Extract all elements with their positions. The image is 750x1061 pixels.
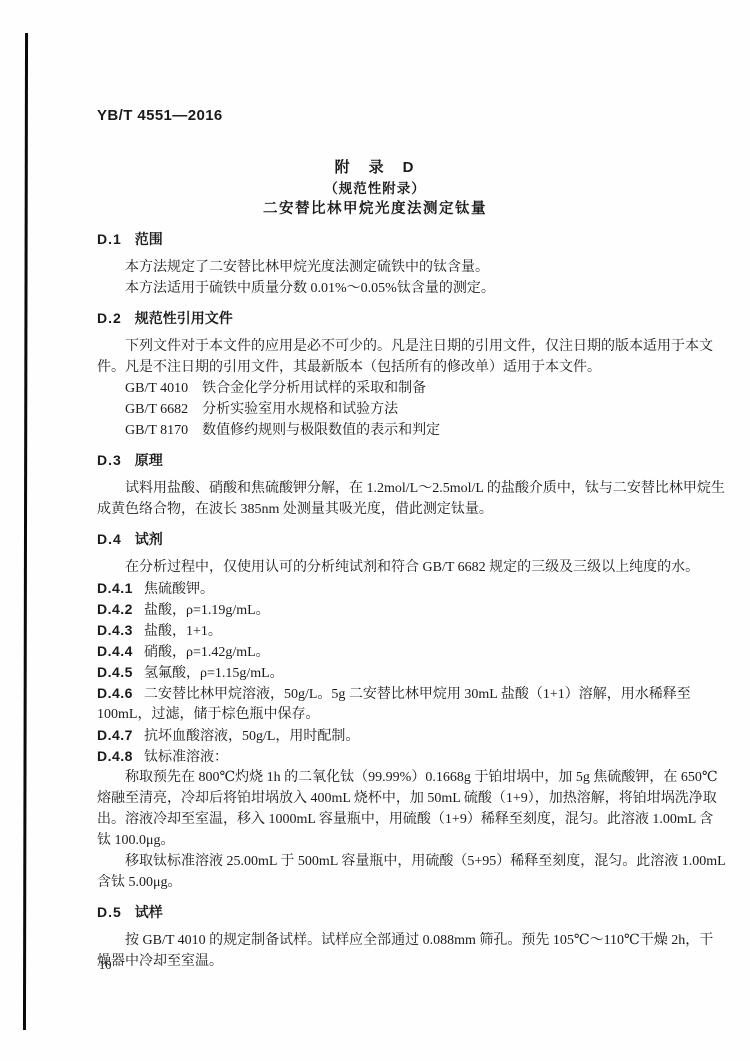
text-line: 件。凡是不注日期的引用文件，其最新版本（包括所有的修改单）适用于本文件。 — [97, 357, 659, 378]
appendix-type-note: （规范性附录） — [0, 179, 750, 199]
clause-item: D.4.2盐酸，ρ=1.19g/mL。 — [97, 599, 659, 620]
text-line: 出。溶液冷却至室温，移入 1000mL 容量瓶中，用硫酸（1+9）稀释至刻度，混… — [97, 809, 659, 830]
clause-item: D.4.8钛标准溶液： — [97, 746, 659, 767]
text-line: 本方法适用于硫铁中质量分数 0.01%～0.05%钛含量的测定。 — [97, 278, 659, 299]
clause-item: D.4.5氢氟酸，ρ=1.15g/mL。 — [97, 662, 659, 683]
text-line: GB/T 6682 分析实验室用水规格和试验方法 — [97, 399, 659, 420]
clause-item: D.4.6二安替比林甲烷溶液，50g/L。5g 二安替比林甲烷用 30mL 盐酸… — [97, 683, 659, 704]
section-heading: D.2规范性引用文件 — [97, 308, 659, 329]
clause-number: D.5 — [97, 904, 122, 920]
clause-number: D.4.4 — [97, 643, 133, 659]
clause-item: D.4.7抗坏血酸溶液，50g/L，用时配制。 — [97, 725, 659, 746]
scanned-document-page: YB/T 4551—2016 附 录 D （规范性附录） 二安替比林甲烷光度法测… — [0, 0, 750, 1061]
section-title: 试剂 — [135, 531, 163, 547]
clause-number: D.4.2 — [97, 601, 133, 617]
clause-text: 钛标准溶液： — [144, 750, 228, 765]
section-heading: D.5试样 — [97, 902, 659, 923]
clause-number: D.4.5 — [97, 664, 133, 680]
standard-number: YB/T 4551—2016 — [97, 107, 223, 124]
text-line: 下列文件对于本文件的应用是必不可少的。凡是注日期的引用文件，仅注日期的版本适用于… — [97, 336, 659, 357]
clause-number: D.4 — [97, 531, 122, 547]
text-line: 钛 100.0μg。 — [97, 830, 659, 851]
text-line: 移取钛标准溶液 25.00mL 于 500mL 容量瓶中，用硫酸（5+95）稀释… — [97, 851, 659, 872]
section-heading: D.3原理 — [97, 450, 659, 471]
section-title: 试样 — [135, 904, 163, 920]
text-line: 按 GB/T 4010 的规定制备试样。试样应全部通过 0.088mm 筛孔。预… — [97, 930, 659, 951]
appendix-method-title: 二安替比林甲烷光度法测定钛量 — [0, 199, 750, 220]
page-number: 10 — [99, 957, 112, 973]
clause-number: D.4.8 — [97, 748, 133, 764]
clause-text: 焦硫酸钾。 — [144, 582, 214, 597]
section-heading: D.4试剂 — [97, 529, 659, 550]
clause-text: 抗坏血酸溶液，50g/L，用时配制。 — [144, 729, 359, 744]
clause-item: D.4.1焦硫酸钾。 — [97, 578, 659, 599]
clause-text: 盐酸，1+1。 — [144, 624, 222, 639]
clause-item: D.4.4硝酸，ρ=1.42g/mL。 — [97, 641, 659, 662]
text-line: 试料用盐酸、硝酸和焦硫酸钾分解，在 1.2mol/L～2.5mol/L 的盐酸介… — [97, 478, 659, 499]
appendix-title-block: 附 录 D （规范性附录） 二安替比林甲烷光度法测定钛量 — [0, 157, 750, 220]
text-line: 在分析过程中，仅使用认可的分析纯试剂和符合 GB/T 6682 规定的三级及三级… — [97, 557, 659, 578]
section-title: 范围 — [135, 231, 163, 247]
text-line: 含钛 5.00μg。 — [97, 872, 659, 893]
text-line: 燥器中冷却至室温。 — [97, 951, 659, 972]
document-body: D.1范围本方法规定了二安替比林甲烷光度法测定硫铁中的钛含量。本方法适用于硫铁中… — [97, 220, 659, 972]
clause-text: 氢氟酸，ρ=1.15g/mL。 — [144, 666, 284, 681]
text-line: 本方法规定了二安替比林甲烷光度法测定硫铁中的钛含量。 — [97, 257, 659, 278]
clause-text: 二安替比林甲烷溶液，50g/L。5g 二安替比林甲烷用 30mL 盐酸（1+1）… — [144, 687, 691, 702]
clause-number: D.2 — [97, 310, 122, 326]
clause-text: 盐酸，ρ=1.19g/mL。 — [144, 603, 270, 618]
text-line: 100mL，过滤，储于棕色瓶中保存。 — [97, 704, 659, 725]
appendix-heading: 附 录 D — [0, 157, 750, 179]
text-line: GB/T 4010 铁合金化学分析用试样的采取和制备 — [97, 378, 659, 399]
clause-number: D.1 — [97, 231, 122, 247]
section-title: 原理 — [135, 452, 163, 468]
clause-number: D.4.3 — [97, 622, 133, 638]
clause-item: D.4.3盐酸，1+1。 — [97, 620, 659, 641]
clause-number: D.4.1 — [97, 580, 133, 596]
section-title: 规范性引用文件 — [135, 310, 233, 326]
text-line: 熔融至清亮，冷却后将铂坩埚放入 400mL 烧杯中，加 50mL 硫酸（1+9）… — [97, 788, 659, 809]
clause-number: D.4.6 — [97, 685, 133, 701]
section-heading: D.1范围 — [97, 229, 659, 250]
text-line: 成黄色络合物，在波长 385nm 处测量其吸光度，借此测定钛量。 — [97, 499, 659, 520]
text-line: 称取预先在 800℃灼烧 1h 的二氧化钛（99.99%）0.1668g 于铂坩… — [97, 767, 659, 788]
clause-number: D.3 — [97, 452, 122, 468]
clause-number: D.4.7 — [97, 727, 133, 743]
clause-text: 硝酸，ρ=1.42g/mL。 — [144, 645, 270, 660]
text-line: GB/T 8170 数值修约规则与极限数值的表示和判定 — [97, 420, 659, 441]
